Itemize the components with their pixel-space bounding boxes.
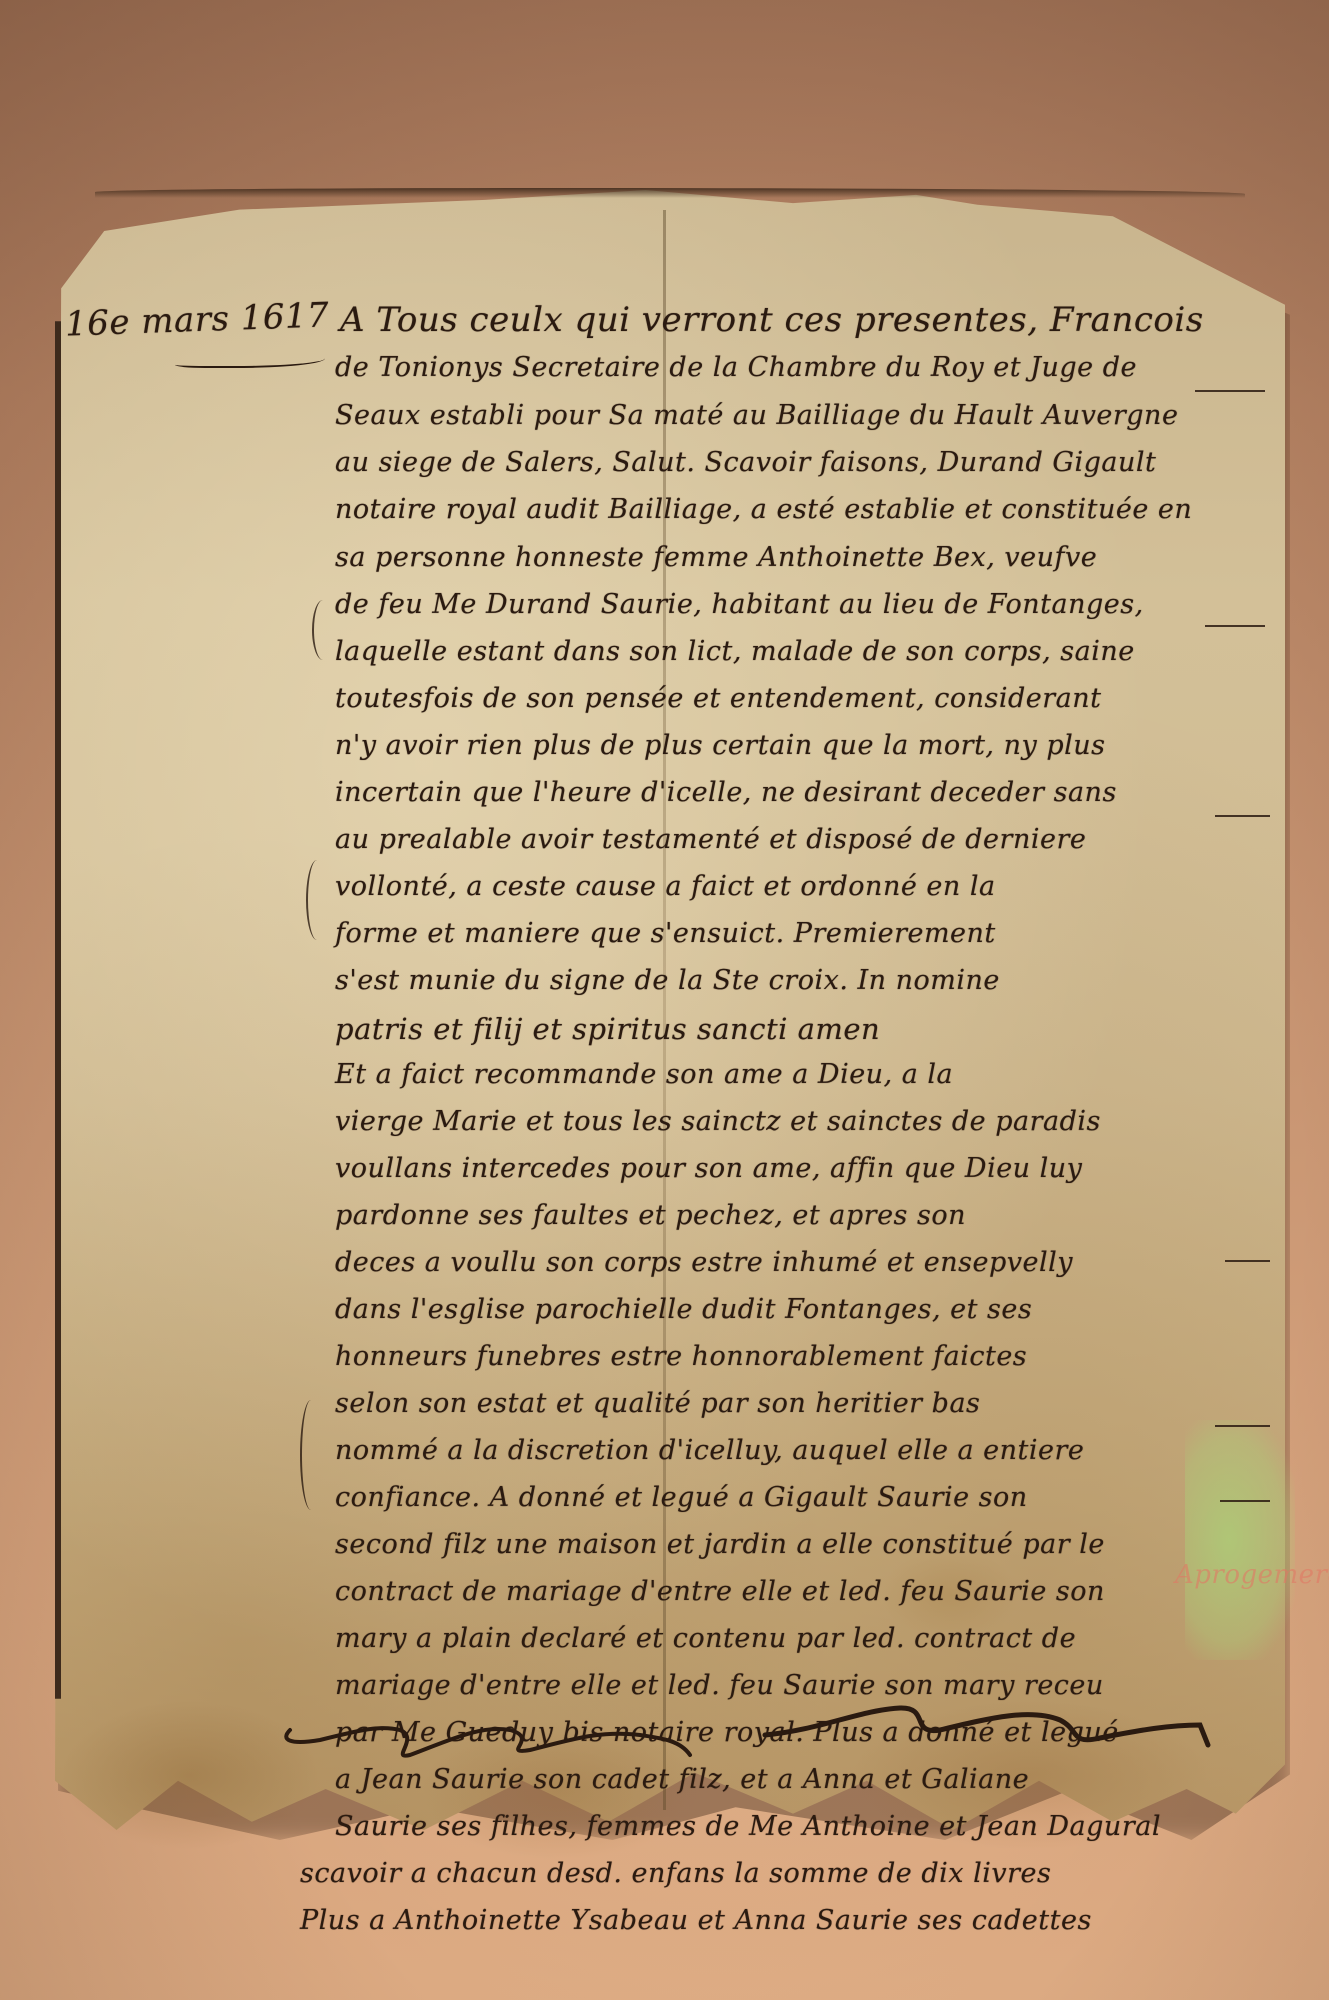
text-line: vierge Marie et tous les sainctz et sain… [335, 1106, 1101, 1137]
line-filler-stroke [1215, 815, 1270, 817]
text-line: pardonne ses faultes et pechez, et apres… [335, 1200, 966, 1231]
line-filler-stroke [1225, 1260, 1270, 1262]
line-filler-stroke [1195, 390, 1265, 392]
text-line: s'est munie du signe de la Ste croix. In… [335, 965, 1000, 996]
text-line: notaire royal audit Bailliage, a esté es… [335, 494, 1192, 525]
text-line: Seaux establi pour Sa maté au Bailliage … [335, 400, 1178, 431]
text-line: voullans intercedes pour son ame, affin … [335, 1153, 1082, 1184]
text-line: confiance. A donné et legué a Gigault Sa… [335, 1482, 1028, 1513]
text-line: au prealable avoir testamenté et disposé… [335, 824, 1086, 855]
text-line: de Tonionys Secretaire de la Chambre du … [335, 352, 1137, 383]
text-line: sa personne honneste femme Anthoinette B… [335, 542, 1097, 573]
text-line: Saurie ses filhes, femmes de Me Anthoine… [335, 1811, 1161, 1842]
text-line: laquelle estant dans son lict, malade de… [335, 636, 1135, 667]
text-line: Plus a Anthoinette Ysabeau et Anna Sauri… [300, 1905, 1092, 1936]
text-line: selon son estat et qualité par son herit… [335, 1388, 980, 1419]
margin-date: 16e mars 1617 [64, 295, 329, 344]
text-line: contract de mariage d'entre elle et led.… [335, 1576, 1105, 1607]
text-line: forme et maniere que s'ensuict. Premiere… [335, 918, 996, 949]
text-line: scavoir a chacun desd. enfans la somme d… [300, 1858, 1051, 1889]
text-line: au siege de Salers, Salut. Scavoir faiso… [335, 447, 1156, 478]
text-line: incertain que l'heure d'icelle, ne desir… [335, 777, 1117, 808]
text-line: toutesfois de son pensée et entendement,… [335, 683, 1101, 714]
opening-line: A Tous ceulx qui verront ces presentes, … [340, 300, 1204, 340]
text-line: vollonté, a ceste cause a faict et ordon… [335, 871, 996, 902]
text-line: honneurs funebres estre honnorablement f… [335, 1341, 1027, 1372]
signature-paraph-right [760, 1690, 1220, 1770]
line-filler-stroke [1220, 1500, 1270, 1502]
margin-bracket [312, 600, 334, 660]
text-line: patris et filij et spiritus sancti amen [335, 1012, 880, 1046]
text-line: nommé a la discretion d'icelluy, auquel … [335, 1435, 1084, 1466]
text-line: dans l'esglise parochielle dudit Fontang… [335, 1294, 1032, 1325]
line-filler-stroke [1205, 625, 1265, 627]
line-filler-stroke [1215, 1425, 1270, 1427]
margin-bracket [300, 1400, 322, 1510]
signature-paraph-left [280, 1700, 700, 1780]
margin-bracket [306, 860, 328, 940]
date-underline [175, 352, 325, 368]
text-line: second filz une maison et jardin a elle … [335, 1529, 1105, 1560]
text-line: mary a plain declaré et contenu par led.… [335, 1623, 1076, 1654]
text-line: deces a voullu son corps estre inhumé et… [335, 1247, 1073, 1278]
text-line: de feu Me Durand Saurie, habitant au lie… [335, 589, 1144, 620]
text-line: n'y avoir rien plus de plus certain que … [335, 730, 1106, 761]
text-line: Et a faict recommande son ame a Dieu, a … [335, 1059, 953, 1090]
